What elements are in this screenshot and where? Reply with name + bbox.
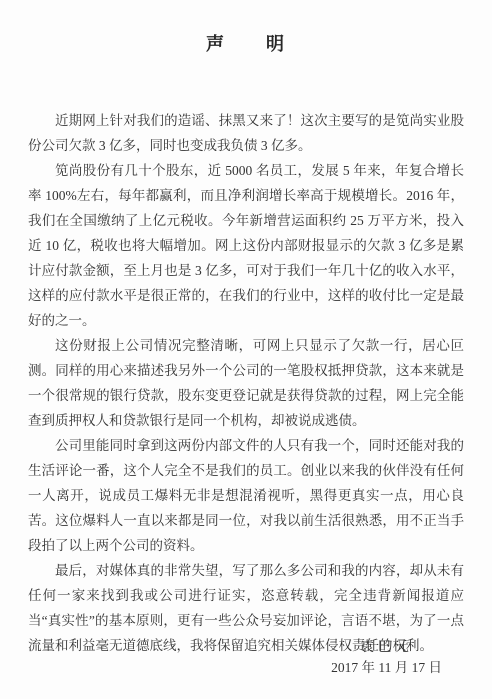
document-body: 近期网上针对我们的造谣、抹黑又来了！这次主要写的是笕尚实业股份公司欠款 3 亿多… — [28, 108, 464, 658]
signature-name: 袁巴元 — [331, 636, 442, 657]
paragraph-2: 笕尚股份有几十个股东，近 5000 名员工，发展 5 年来，年复合增长率 100… — [28, 158, 464, 333]
signature-date: 2017 年 11 月 17 日 — [331, 657, 442, 678]
paragraph-1: 近期网上针对我们的造谣、抹黑又来了！这次主要写的是笕尚实业股份公司欠款 3 亿多… — [28, 108, 464, 158]
paragraph-3: 这份财报上公司情况完整清晰，可网上只显示了欠款一行，居心叵测。同样的用心来描述我… — [28, 333, 464, 433]
paragraph-4: 公司里能同时拿到这两份内部文件的人只有我一个，同时还能对我的生活评论一番，这个人… — [28, 433, 464, 558]
document-title: 声 明 — [0, 0, 492, 56]
statement-document: 声 明 近期网上针对我们的造谣、抹黑又来了！这次主要写的是笕尚实业股份公司欠款 … — [0, 0, 492, 699]
signature-block: 袁巴元 2017 年 11 月 17 日 — [331, 636, 442, 678]
